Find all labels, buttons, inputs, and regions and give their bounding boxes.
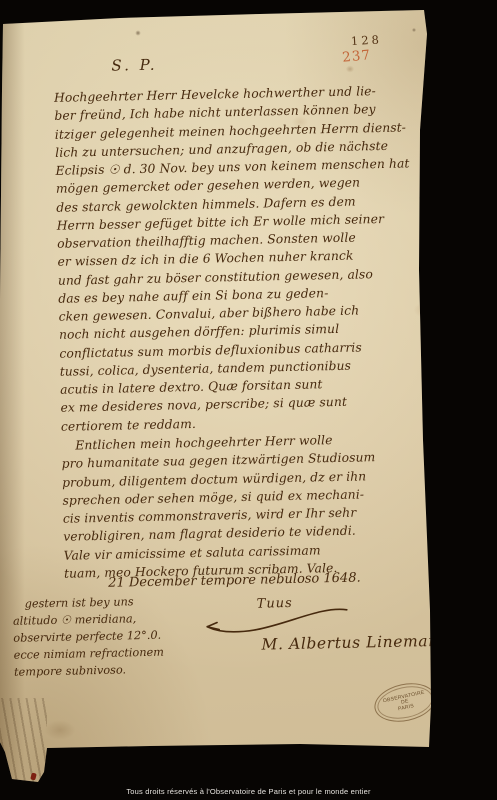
letter-paragraph-1: Hochgeehrter Herr Hevelcke hochwerther u…	[54, 81, 415, 435]
letter-paragraph-2: Entlichen mein hochgeehrter Herr wollepr…	[61, 430, 378, 583]
margin-note: gestern ist bey unsaltitudo ☉ meridiana,…	[12, 593, 164, 681]
scanned-document-viewer: 128 237 S. P. Hochgeehrter Herr Hevelcke…	[0, 0, 497, 800]
salutation: S. P.	[111, 56, 157, 75]
manuscript-line: tempore subnivoso.	[14, 661, 165, 681]
folio-number-red-chalk: 237	[342, 47, 372, 66]
folio-number-ink: 128	[351, 32, 383, 48]
signature: M. Albertus Linemannus.	[261, 631, 474, 653]
copyright-footer: Tous droits réservés à l'Observatoire de…	[0, 787, 497, 796]
manuscript-line: ecce nimiam refractionem	[14, 644, 165, 664]
stamp-line-3: PARIS	[398, 704, 415, 713]
manuscript-page: 128 237 S. P. Hochgeehrter Herr Hevelcke…	[0, 0, 497, 800]
